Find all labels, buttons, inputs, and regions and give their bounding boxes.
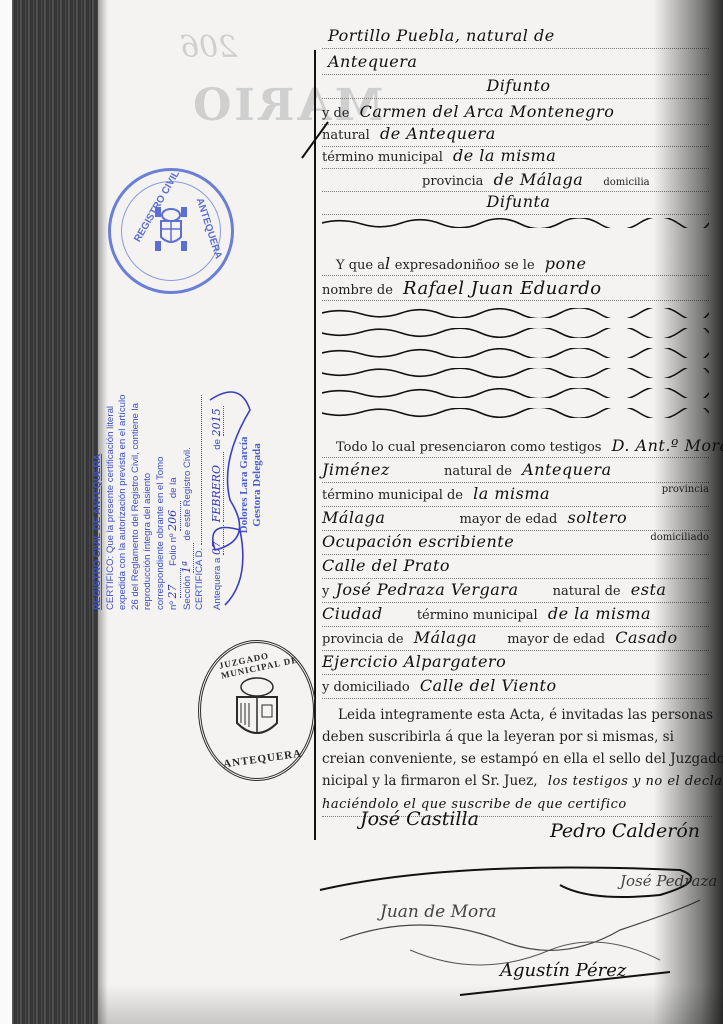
- handwritten-text: Calle del Prato: [322, 556, 450, 575]
- handwritten-text: de Antequera: [380, 124, 496, 143]
- tomo-label: nº: [168, 601, 179, 610]
- handwritten-text: la misma: [473, 484, 550, 503]
- closing-line: deben suscribirla á que la leyeran por s…: [322, 726, 712, 748]
- signature-pedro-calderon: Pedro Calderón: [550, 820, 700, 842]
- handwritten-text: Ocupación escribiente: [322, 532, 514, 551]
- witness-line-4: Málaga mayor de edad soltero: [322, 508, 709, 531]
- mother-name: Carmen del Arca Montenegro: [360, 102, 615, 121]
- printed-label: mayor de edad: [507, 632, 605, 647]
- printed-label: mayor de edad: [460, 512, 558, 527]
- folio-value: 206: [167, 501, 181, 531]
- handwritten-text: Difunta: [487, 192, 551, 211]
- printed-label: Y que a: [336, 258, 385, 273]
- printed-label: Todo lo cual presenciaron como testigos: [336, 440, 601, 455]
- handwritten-text: Casado: [615, 628, 677, 647]
- fill-flourish: [322, 308, 709, 318]
- book-binding-edge: [0, 0, 98, 1024]
- witness-line-6: Calle del Prato: [322, 556, 709, 579]
- signature-juan-de-mora: Juan de Mora: [380, 902, 497, 922]
- witness-line-5: Ocupación escribiente domiciliado: [322, 532, 709, 555]
- record-line-2: Antequera: [322, 52, 709, 75]
- signature-jose-pedraza: José Pedraza: [620, 872, 717, 890]
- record-line-1: Portillo Puebla, natural de: [322, 26, 709, 49]
- certification-line: 26 del Reglamento del Registro Civil, co…: [130, 360, 143, 610]
- witness-line-11: y domiciliado Calle del Viento: [322, 676, 709, 699]
- certification-line: correspondiente obrante en el Tomo: [155, 360, 168, 610]
- printed-label: provincia: [422, 174, 483, 189]
- handwritten-text: Portillo Puebla, natural de: [328, 26, 555, 45]
- juzgado-municipal-stamp: JUZGADO MUNICIPAL DE ANTEQUERA: [198, 640, 316, 781]
- handwritten-text: Antequera: [522, 460, 611, 479]
- stamp-bottom-text: ANTEQUERA: [223, 748, 303, 771]
- signature-jose-castilla: José Castilla: [360, 808, 479, 830]
- handwritten-text: soltero: [567, 508, 627, 527]
- handwritten-text: pone: [545, 254, 587, 273]
- handwritten-text: Ejercicio Alpargatero: [322, 652, 506, 671]
- seccion-value: 1ª: [181, 543, 195, 573]
- printed-label: se le: [504, 258, 534, 273]
- printed-label: término municipal: [417, 608, 538, 623]
- closing-line: nicipal y la firmaron el Sr. Juez,: [322, 773, 538, 789]
- record-line-expresado: Y que al expresadoniñoo se le pone: [322, 254, 709, 276]
- handwritten-text: Calle del Viento: [420, 676, 557, 695]
- printed-label: término municipal: [322, 150, 443, 165]
- printed-label: natural de: [444, 464, 512, 479]
- handwritten-text: o: [455, 258, 463, 273]
- fill-flourish: [322, 388, 709, 398]
- certification-line: expedida con la autorización prevista en…: [117, 360, 130, 610]
- witness-line-3: término municipal de la misma provincia: [322, 484, 709, 507]
- certification-header: REGISTRO CIVIL DE ANTEQUERA: [92, 454, 103, 610]
- printed-label: y: [322, 584, 329, 599]
- fill-flourish: [322, 408, 709, 418]
- ink-stroke: [300, 120, 330, 160]
- fill-flourish: [322, 218, 709, 228]
- handwritten-text: de la misma: [548, 604, 651, 623]
- printed-label: término municipal de: [322, 488, 463, 503]
- handwritten-text: de la misma: [453, 146, 556, 165]
- witness-2-name: José Pedraza Vergara: [336, 580, 519, 599]
- printed-label: natural de: [553, 584, 621, 599]
- printed-label: domiciliado: [650, 532, 709, 543]
- printed-label: expresad: [395, 258, 455, 273]
- closing-line: creian conveniente, se estampó en ella e…: [322, 748, 712, 770]
- record-line-difunta: Difunta: [322, 192, 709, 215]
- printed-label: provincia de: [322, 632, 404, 647]
- witness-1-surname: Jiménez: [322, 460, 390, 479]
- handwritten-text: Málaga: [414, 628, 477, 647]
- fill-flourish: [322, 348, 709, 358]
- witness-line-7: y José Pedraza Vergara natural de esta: [322, 580, 709, 603]
- handwritten-text: esta: [631, 580, 667, 599]
- handwritten-text: de Málaga: [494, 170, 584, 189]
- record-line-3: Difunto: [322, 76, 709, 99]
- printed-label: niño: [463, 258, 492, 273]
- handwritten-text: Antequera: [328, 52, 417, 71]
- witness-line-1: Todo lo cual presenciaron como testigos …: [322, 436, 709, 458]
- witness-line-2: Jiménez natural de Antequera: [322, 460, 709, 483]
- witness-1-name: D. Ant.º Mora: [612, 436, 723, 455]
- witness-line-10: Ejercicio Alpargatero: [322, 652, 709, 675]
- record-line-mother: y de Carmen del Arca Montenegro: [322, 102, 709, 125]
- handwritten-text: o: [492, 258, 500, 273]
- printed-label: domicilia: [603, 177, 649, 188]
- child-name: Rafael Juan Eduardo: [403, 278, 602, 299]
- signature-agustin-perez: Agustín Pérez: [500, 960, 626, 981]
- seccion-label: Sección: [182, 576, 193, 610]
- tomo-value: 27: [167, 568, 181, 598]
- handwritten-text: Málaga: [322, 508, 385, 527]
- certification-line: reproducción íntegra del asiento: [142, 360, 155, 610]
- printed-label: y de: [322, 106, 350, 121]
- printed-label: nombre de: [322, 283, 393, 298]
- de-la-label: de la: [168, 477, 179, 498]
- witness-line-9: provincia de Málaga mayor de edad Casado: [322, 628, 709, 651]
- fill-flourish: [322, 328, 709, 338]
- fill-flourish: [322, 368, 709, 378]
- closing-handwritten: los testigos y no el declarante: [548, 774, 723, 789]
- registro-text: de este Registro Civil.: [182, 447, 193, 540]
- certification-line: CERTIFICO: Que la presente certificación…: [105, 360, 118, 610]
- record-line-natural: natural de Antequera: [322, 124, 709, 147]
- bleed-through-folio: 206: [180, 30, 237, 65]
- record-line-nombre: nombre de Rafael Juan Eduardo: [322, 278, 709, 301]
- witness-line-8: Ciudad término municipal de la misma: [322, 604, 709, 627]
- folio-label: Folio nº: [168, 534, 179, 566]
- blue-ink-signature: [200, 380, 260, 610]
- record-line-termino: término municipal de la misma: [322, 146, 709, 169]
- registro-civil-stamp: REGISTRO CIVIL ANTEQUERA: [108, 168, 234, 294]
- handwritten-text: l: [385, 254, 391, 273]
- closing-line: Leida integramente esta Acta, é invitada…: [322, 704, 712, 726]
- coat-of-arms-icon: [227, 673, 287, 743]
- handwritten-text: Ciudad: [322, 604, 383, 623]
- printed-label: provincia: [662, 484, 709, 495]
- printed-label: y domiciliado: [322, 680, 410, 695]
- scan-left-margin: [0, 0, 12, 1024]
- signatures-area: José Castilla Pedro Calderón José Pedraz…: [300, 790, 720, 1020]
- handwritten-text: Difunto: [486, 76, 550, 95]
- record-line-provincia: provincia de Málaga domicilia: [322, 170, 709, 192]
